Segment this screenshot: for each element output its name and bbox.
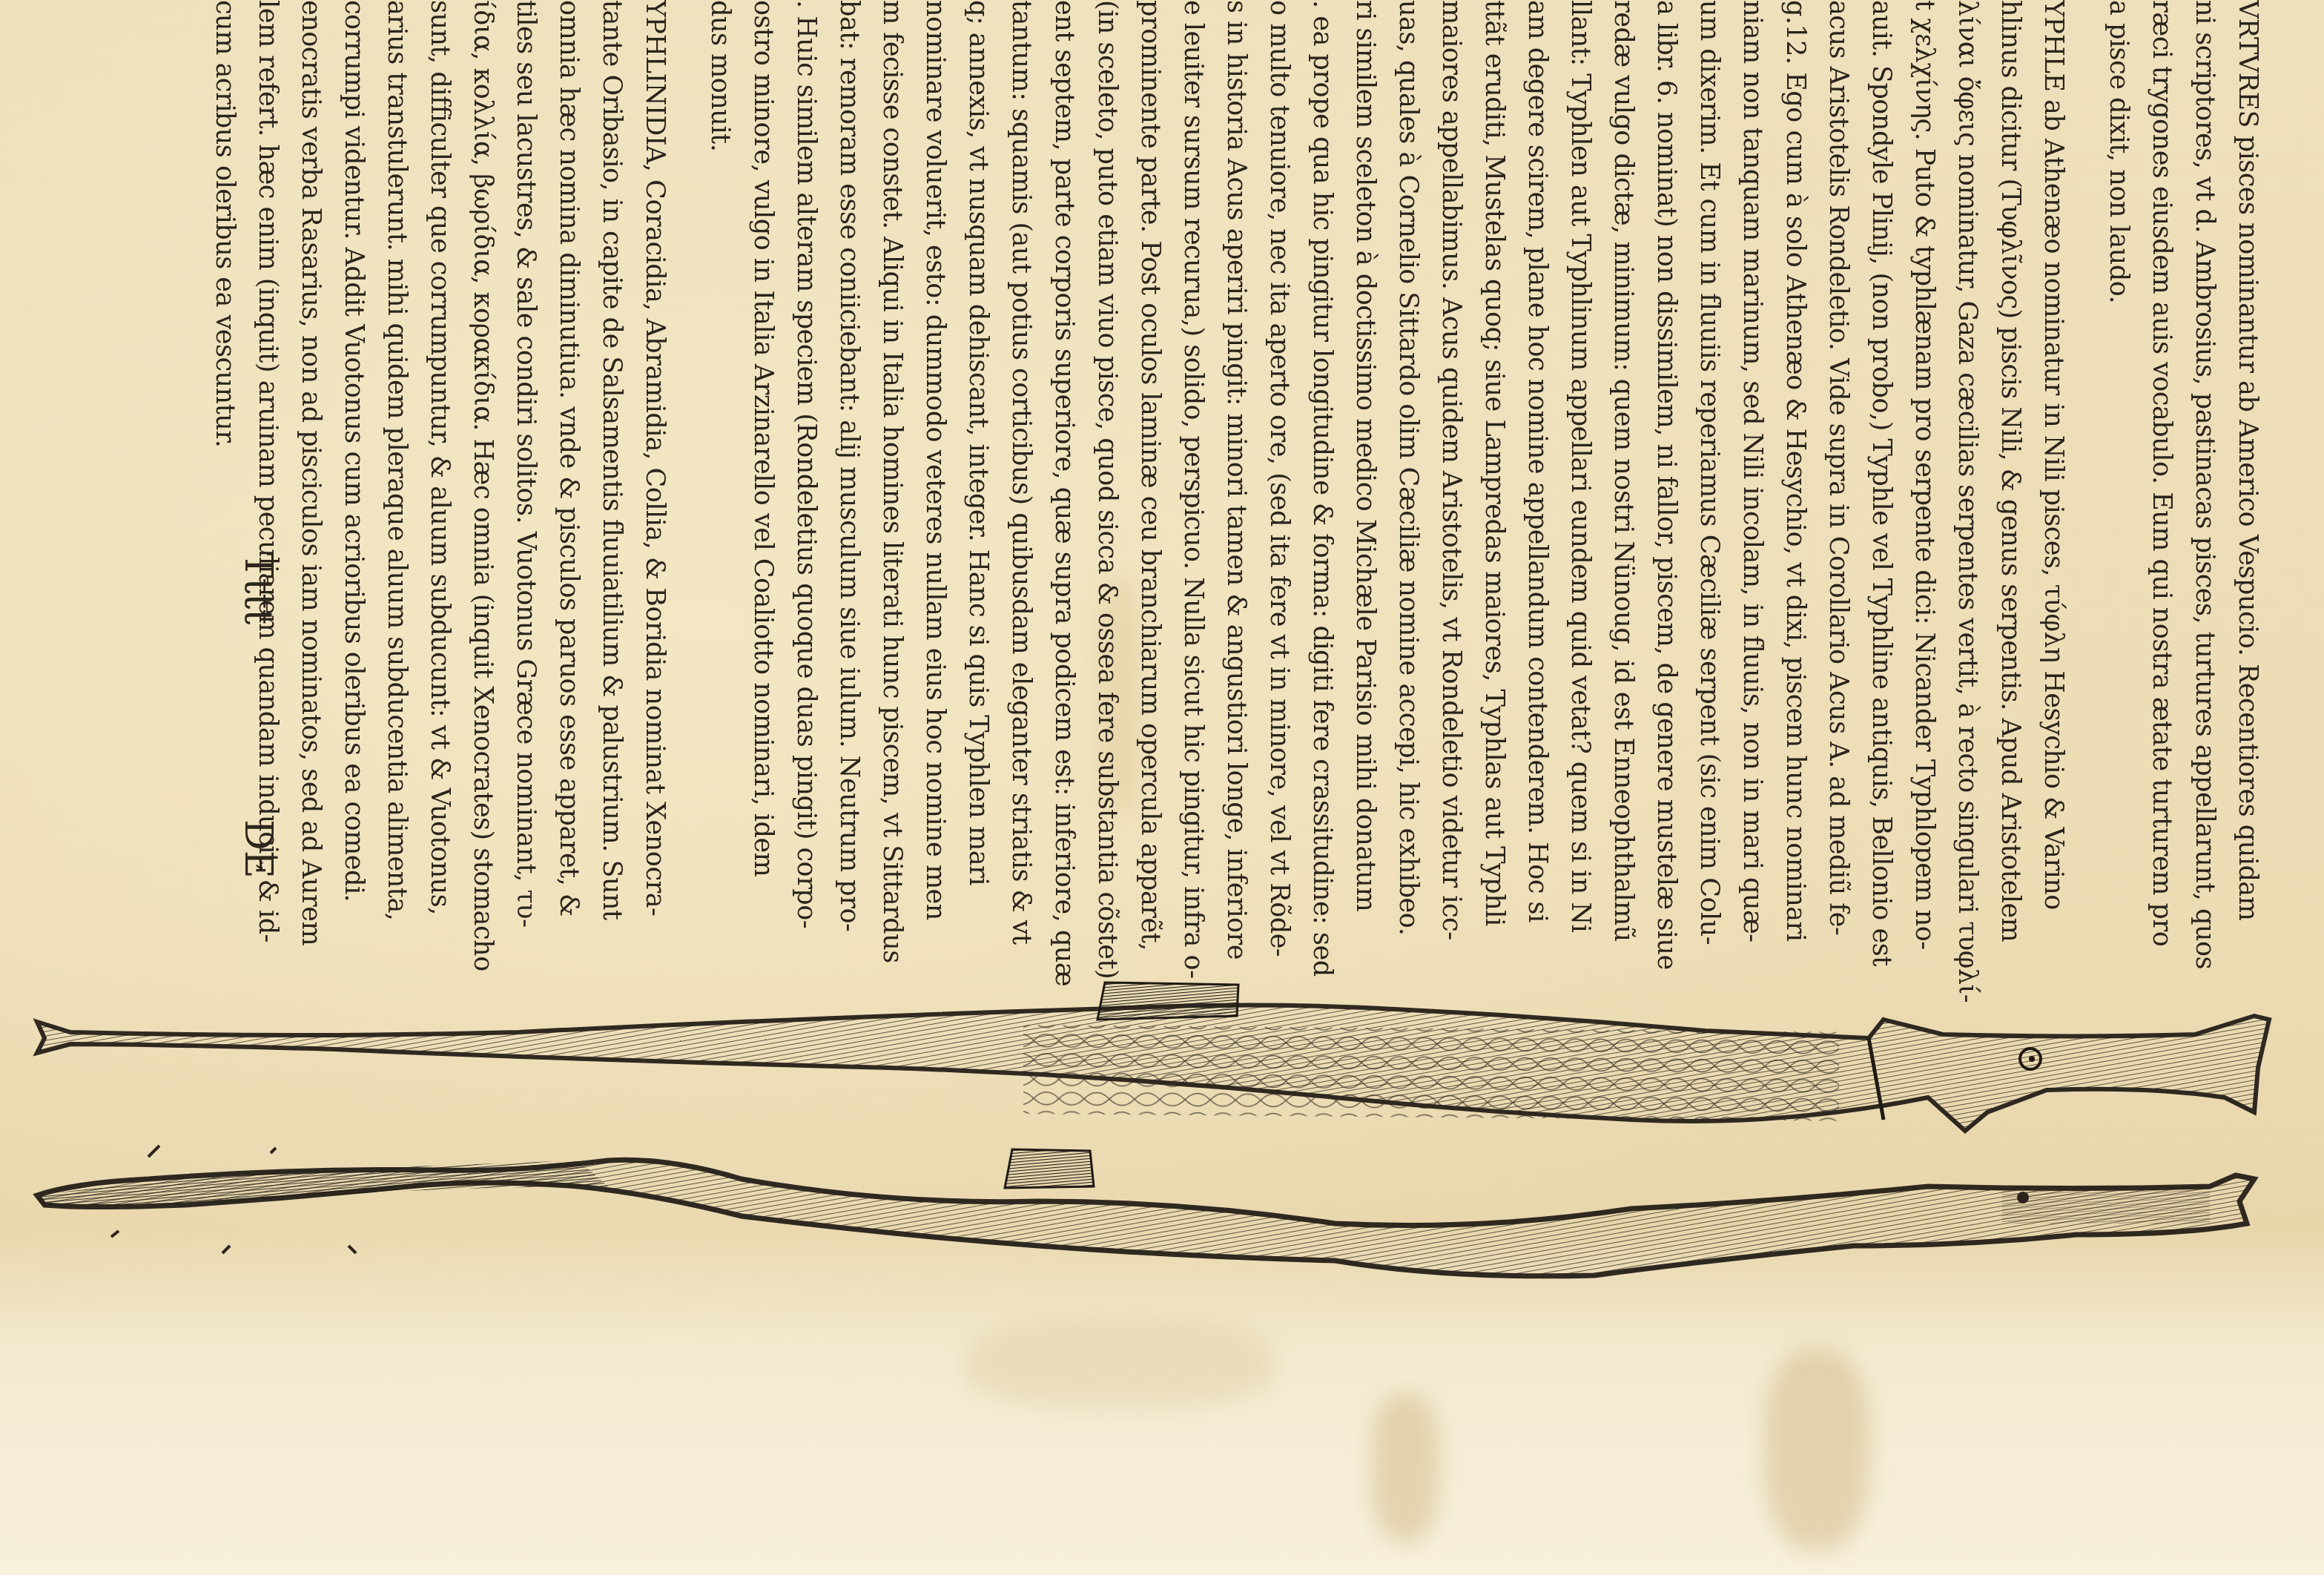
text-line: e leuiter sursum recurua,) solido, persp… [1172, 0, 1215, 1023]
text-line: redæ vulgo dictæ, minimum: quem nostri N… [1602, 0, 1645, 1023]
text-line: prominente parte. Post oculos laminæ ceu… [1129, 0, 1172, 1023]
paper-stain [1765, 1350, 1869, 1550]
text-line: (in sceleto, puto etiam viuo pisce, quod… [1086, 0, 1129, 1023]
text-line: ni scriptores, vt d. Ambrosius, pastinac… [2183, 0, 2226, 1023]
text-line: t χελχίνης. Puto & typhlænam pro serpent… [1903, 0, 1946, 1023]
text-line: sunt, difficulter que corrumpuntur, & al… [418, 0, 461, 1023]
text-line: YPHLINIDIA, Coracidia, Abramidia, Collia… [633, 0, 676, 1023]
paper-stain [1372, 1394, 1439, 1542]
text-line: s in historia Acus aperiri pingit: minor… [1215, 0, 1258, 1023]
text-line: uas, quales à Cornelio Sittardo olim Cæc… [1387, 0, 1430, 1023]
text-line: VRTVRES pisces nominantur ab Americo Ves… [2226, 0, 2269, 1023]
text-line: YPHLE ab Athenæo nominatur in Nili pisce… [2032, 0, 2075, 1023]
paragraph-gap [2075, 0, 2097, 1023]
catchword: DE [236, 819, 280, 879]
book-page: VRTVRES pisces nominantur ab Americo Ves… [0, 0, 2324, 1575]
text-line: am degere scirem, plane hoc nomine appel… [1516, 0, 1559, 1023]
text-line: λίναι ὄφεις nominatur, Gaza cæcilias ser… [1946, 0, 1989, 1023]
paragraph-gap [676, 0, 699, 1023]
text-line: niam non tanquam marinum, sed Nili incol… [1731, 0, 1774, 1023]
text-line: hlinus dicitur (Τυφλῖνος) piscis Nili, &… [1989, 0, 2032, 1023]
text-line: um dixerim. Et cum in fluuiis reperiamus… [1688, 0, 1731, 1023]
text-line: . ea prope qua hic pingitur longitudine … [1301, 0, 1344, 1023]
signature-mark: Tttt [236, 552, 280, 624]
text-line: o multo tenuiore, nec ita aperto ore, (s… [1258, 0, 1301, 1023]
text-line: acus Aristotelis Rondeletio. Vide supra … [1817, 0, 1860, 1023]
text-line: tantum: squamis (aut potius corticibus) … [1000, 0, 1043, 1023]
text-column: VRTVRES pisces nominantur ab Americo Ves… [203, 0, 2269, 1023]
text-line: enocratis verba Rasarius, non ad piscicu… [289, 0, 332, 1023]
text-line: ίδια, κολλία, βωρίδια, κορακίδια. Hæc om… [461, 0, 504, 1023]
text-line: nominare voluerit, esto: dummodo veteres… [914, 0, 957, 1023]
text-line: a pisce dixit, non laudo. [2097, 0, 2140, 1023]
text-line: dus monuit. [699, 0, 742, 1023]
text-line: llant: Typhlen aut Typhlinum appellari e… [1559, 0, 1602, 1023]
text-line: m fecisse constet. Aliqui in Italia homi… [871, 0, 914, 1023]
text-line: a libr. 6. nominat) non dissimilem, ni f… [1645, 0, 1688, 1023]
text-line: bat: remoram esse coniiciebant: alij mus… [828, 0, 871, 1023]
text-line: arius transtulerunt. mihi quidem pleraqu… [375, 0, 418, 1023]
text-line: ræci trygones eiusdem auis vocabulo. Eum… [2140, 0, 2183, 1023]
text-line: . Huic similem alteram speciem (Rondelet… [785, 0, 828, 1023]
text-line: corrumpi videntur. Addit Vuotonus cum ac… [332, 0, 375, 1023]
text-line: maiores appellabimus. Acus quidem Aristo… [1430, 0, 1473, 1023]
text-line: tiles seu lacustres, & sale condiri soli… [504, 0, 547, 1023]
text-line: ttãt eruditi, Mustelas quoq; siue Lampre… [1473, 0, 1516, 1023]
text-line: q; annexis, vt nusquam dehiscant, intege… [957, 0, 1000, 1023]
text-line: auit. Spondyle Plinij, (non probo,) Typh… [1860, 0, 1903, 1023]
paper-stain [964, 1320, 1275, 1409]
text-line: tante Oribasio, in capite de Salsamentis… [590, 0, 633, 1023]
text-line: omnia hæc nomina diminutiua. vnde & pisc… [547, 0, 590, 1023]
text-line: ostro minore, vulgo in Italia Arzinarell… [742, 0, 785, 1023]
text-line: ri similem sceleton à doctissimo medico … [1344, 0, 1387, 1023]
text-line: ent septem, parte corporis superiore, qu… [1043, 0, 1086, 1023]
lower-fish-woodcut [37, 1146, 2254, 1276]
text-line: g.12. Ego cum à solo Athenæo & Hesychio,… [1774, 0, 1817, 1023]
